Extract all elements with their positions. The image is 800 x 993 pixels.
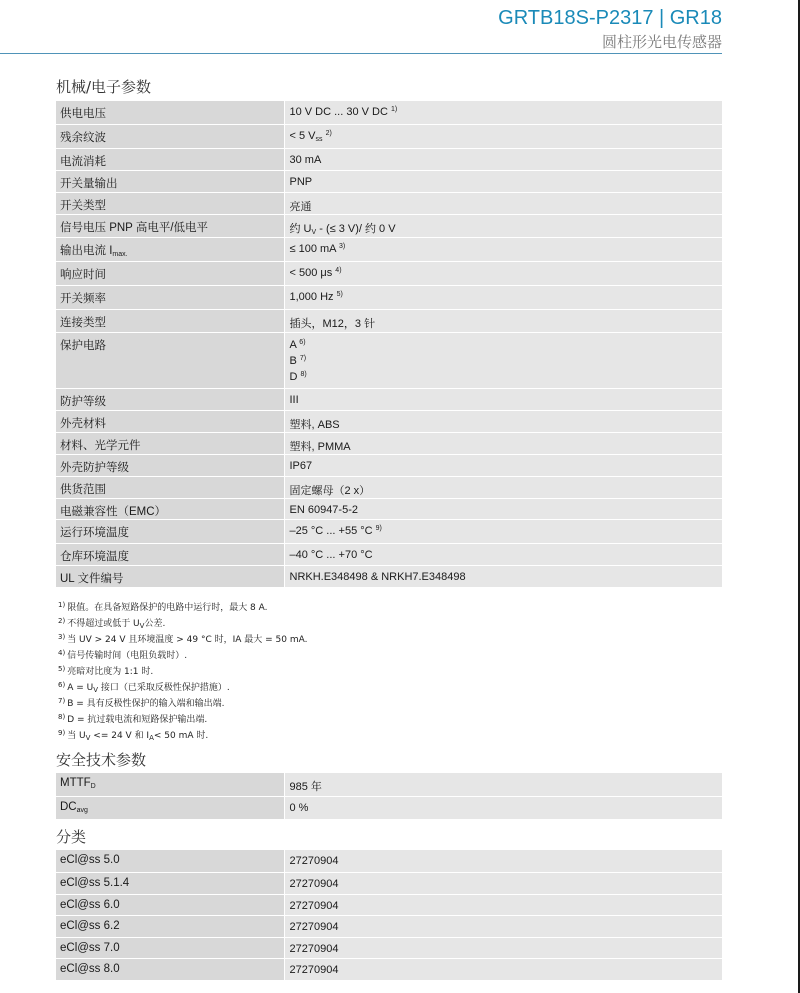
row-value: 固定螺母（2 x）: [284, 476, 722, 498]
table-row: 外壳防护等级 IP67: [56, 454, 722, 476]
classification-table: eCl@ss 5.0 27270904 eCl@ss 5.1.4 2727090…: [56, 850, 722, 981]
row-key: eCl@ss 6.0: [56, 894, 284, 915]
mechanical-electrical-table: 供电电压 10 V DC ... 30 V DC 1) 残余纹波 < 5 Vss…: [56, 101, 722, 588]
protection-item-b: B 7): [290, 355, 718, 371]
row-key: 输出电流 Imax.: [56, 237, 284, 261]
product-subtitle: 圆柱形光电传感器: [602, 31, 722, 52]
row-key: 供电电压: [56, 101, 284, 124]
footnote: 3)当 UV > 24 V 且环境温度 > 49 °C 时，IA 最大 = 50…: [58, 632, 307, 648]
table-row: eCl@ss 8.0 27270904: [56, 958, 722, 980]
table-row: 开关类型 亮通: [56, 192, 722, 214]
row-value: 27270904: [284, 937, 722, 958]
row-value: < 500 μs 4): [284, 261, 722, 285]
row-key: MTTFD: [56, 773, 284, 796]
table-row: 开关频率 1,000 Hz 5): [56, 285, 722, 309]
row-value: 塑料, ABS: [284, 410, 722, 432]
table-row: 运行环境温度 –25 °C ... +55 °C 9): [56, 519, 722, 543]
table-row: 残余纹波 < 5 Vss 2): [56, 124, 722, 148]
table-row: 仓库环境温度 –40 °C ... +70 °C: [56, 543, 722, 565]
row-value: 插头，M12，3 针: [284, 309, 722, 332]
table-row: 连接类型 插头，M12，3 针: [56, 309, 722, 332]
row-key: 保护电路: [56, 332, 284, 388]
row-value: 27270904: [284, 850, 722, 872]
row-key: 电流消耗: [56, 148, 284, 170]
footnote: 1)限值。在具备短路保护的电路中运行时，最大 8 A.: [58, 600, 307, 616]
section-title-mechanical-electrical: 机械/电子参数: [56, 76, 151, 97]
table-row: 保护电路 A 6) B 7) D 8): [56, 332, 722, 388]
table-row: eCl@ss 6.0 27270904: [56, 894, 722, 915]
row-value: 27270904: [284, 872, 722, 894]
row-key: UL 文件编号: [56, 565, 284, 587]
row-value: 10 V DC ... 30 V DC 1): [284, 101, 722, 124]
row-value: –40 °C ... +70 °C: [284, 543, 722, 565]
table-row: MTTFD 985 年: [56, 773, 722, 796]
section-title-safety: 安全技术参数: [56, 749, 146, 770]
table-row: 外壳材料 塑料, ABS: [56, 410, 722, 432]
footnotes: 1)限值。在具备短路保护的电路中运行时，最大 8 A. 2)不得超过或低于 UV…: [58, 600, 307, 744]
table-row: 防护等级 III: [56, 388, 722, 410]
row-key: eCl@ss 5.1.4: [56, 872, 284, 894]
row-value: EN 60947-5-2: [284, 498, 722, 519]
row-value: III: [284, 388, 722, 410]
footnote: 7)B = 具有反极性保护的输入端和输出端.: [58, 696, 307, 712]
row-key: DCavg: [56, 796, 284, 819]
row-key: 响应时间: [56, 261, 284, 285]
row-value: 27270904: [284, 915, 722, 937]
row-key: 外壳材料: [56, 410, 284, 432]
table-row: eCl@ss 7.0 27270904: [56, 937, 722, 958]
row-key: 信号电压 PNP 高电平/低电平: [56, 214, 284, 237]
footnote: 2)不得超过或低于 UV公差.: [58, 616, 307, 632]
footnote: 6)A = UV 接口（已采取反极性保护措施）.: [58, 680, 307, 696]
row-key: 开关量输出: [56, 170, 284, 192]
row-key: 仓库环境温度: [56, 543, 284, 565]
row-value: 塑料, PMMA: [284, 432, 722, 454]
row-value: 985 年: [284, 773, 722, 796]
row-value: 约 UV - (≤ 3 V)/ 约 0 V: [284, 214, 722, 237]
table-row: 供电电压 10 V DC ... 30 V DC 1): [56, 101, 722, 124]
product-title: GRTB18S-P2317 | GR18: [498, 7, 722, 30]
row-value: 1,000 Hz 5): [284, 285, 722, 309]
row-value: ≤ 100 mA 3): [284, 237, 722, 261]
table-row: 信号电压 PNP 高电平/低电平 约 UV - (≤ 3 V)/ 约 0 V: [56, 214, 722, 237]
table-row: 电磁兼容性（EMC） EN 60947-5-2: [56, 498, 722, 519]
row-key: 防护等级: [56, 388, 284, 410]
table-row: eCl@ss 6.2 27270904: [56, 915, 722, 937]
row-value: 亮通: [284, 192, 722, 214]
row-value: 0 %: [284, 796, 722, 819]
row-key: 材料、光学元件: [56, 432, 284, 454]
table-row: UL 文件编号 NRKH.E348498 & NRKH7.E348498: [56, 565, 722, 587]
safety-table: MTTFD 985 年 DCavg 0 %: [56, 773, 722, 820]
row-value: < 5 Vss 2): [284, 124, 722, 148]
row-value: NRKH.E348498 & NRKH7.E348498: [284, 565, 722, 587]
section-title-classification: 分类: [56, 826, 86, 847]
table-row: 响应时间 < 500 μs 4): [56, 261, 722, 285]
footnote: 9)当 UV <= 24 V 和 IA< 50 mA 时.: [58, 728, 307, 744]
row-value: 27270904: [284, 894, 722, 915]
row-key: eCl@ss 8.0: [56, 958, 284, 980]
row-value: 30 mA: [284, 148, 722, 170]
row-key: 开关类型: [56, 192, 284, 214]
protection-item-d: D 8): [290, 371, 718, 387]
row-key: eCl@ss 7.0: [56, 937, 284, 958]
table-row: eCl@ss 5.0 27270904: [56, 850, 722, 872]
row-key: 外壳防护等级: [56, 454, 284, 476]
table-row: 供货范围 固定螺母（2 x）: [56, 476, 722, 498]
table-row: 输出电流 Imax. ≤ 100 mA 3): [56, 237, 722, 261]
row-key: 残余纹波: [56, 124, 284, 148]
row-value: IP67: [284, 454, 722, 476]
footnote: 5)亮暗对比度为 1:1 时.: [58, 664, 307, 680]
page-header: GRTB18S-P2317 | GR18 圆柱形光电传感器: [0, 0, 722, 54]
table-row: 电流消耗 30 mA: [56, 148, 722, 170]
footnote: 8)D = 抗过载电流和短路保护输出端.: [58, 712, 307, 728]
row-value: PNP: [284, 170, 722, 192]
row-key: 供货范围: [56, 476, 284, 498]
row-value: –25 °C ... +55 °C 9): [284, 519, 722, 543]
row-key: eCl@ss 6.2: [56, 915, 284, 937]
table-row: 开关量输出 PNP: [56, 170, 722, 192]
row-key: 电磁兼容性（EMC）: [56, 498, 284, 519]
row-value: 27270904: [284, 958, 722, 980]
row-key: 连接类型: [56, 309, 284, 332]
table-row: eCl@ss 5.1.4 27270904: [56, 872, 722, 894]
footnote: 4)信号传输时间（电阻负载时）.: [58, 648, 307, 664]
protection-item-a: A 6): [290, 339, 718, 355]
table-row: DCavg 0 %: [56, 796, 722, 819]
row-key: eCl@ss 5.0: [56, 850, 284, 872]
row-key: 运行环境温度: [56, 519, 284, 543]
row-value-list: A 6) B 7) D 8): [284, 332, 722, 388]
row-key: 开关频率: [56, 285, 284, 309]
table-row: 材料、光学元件 塑料, PMMA: [56, 432, 722, 454]
